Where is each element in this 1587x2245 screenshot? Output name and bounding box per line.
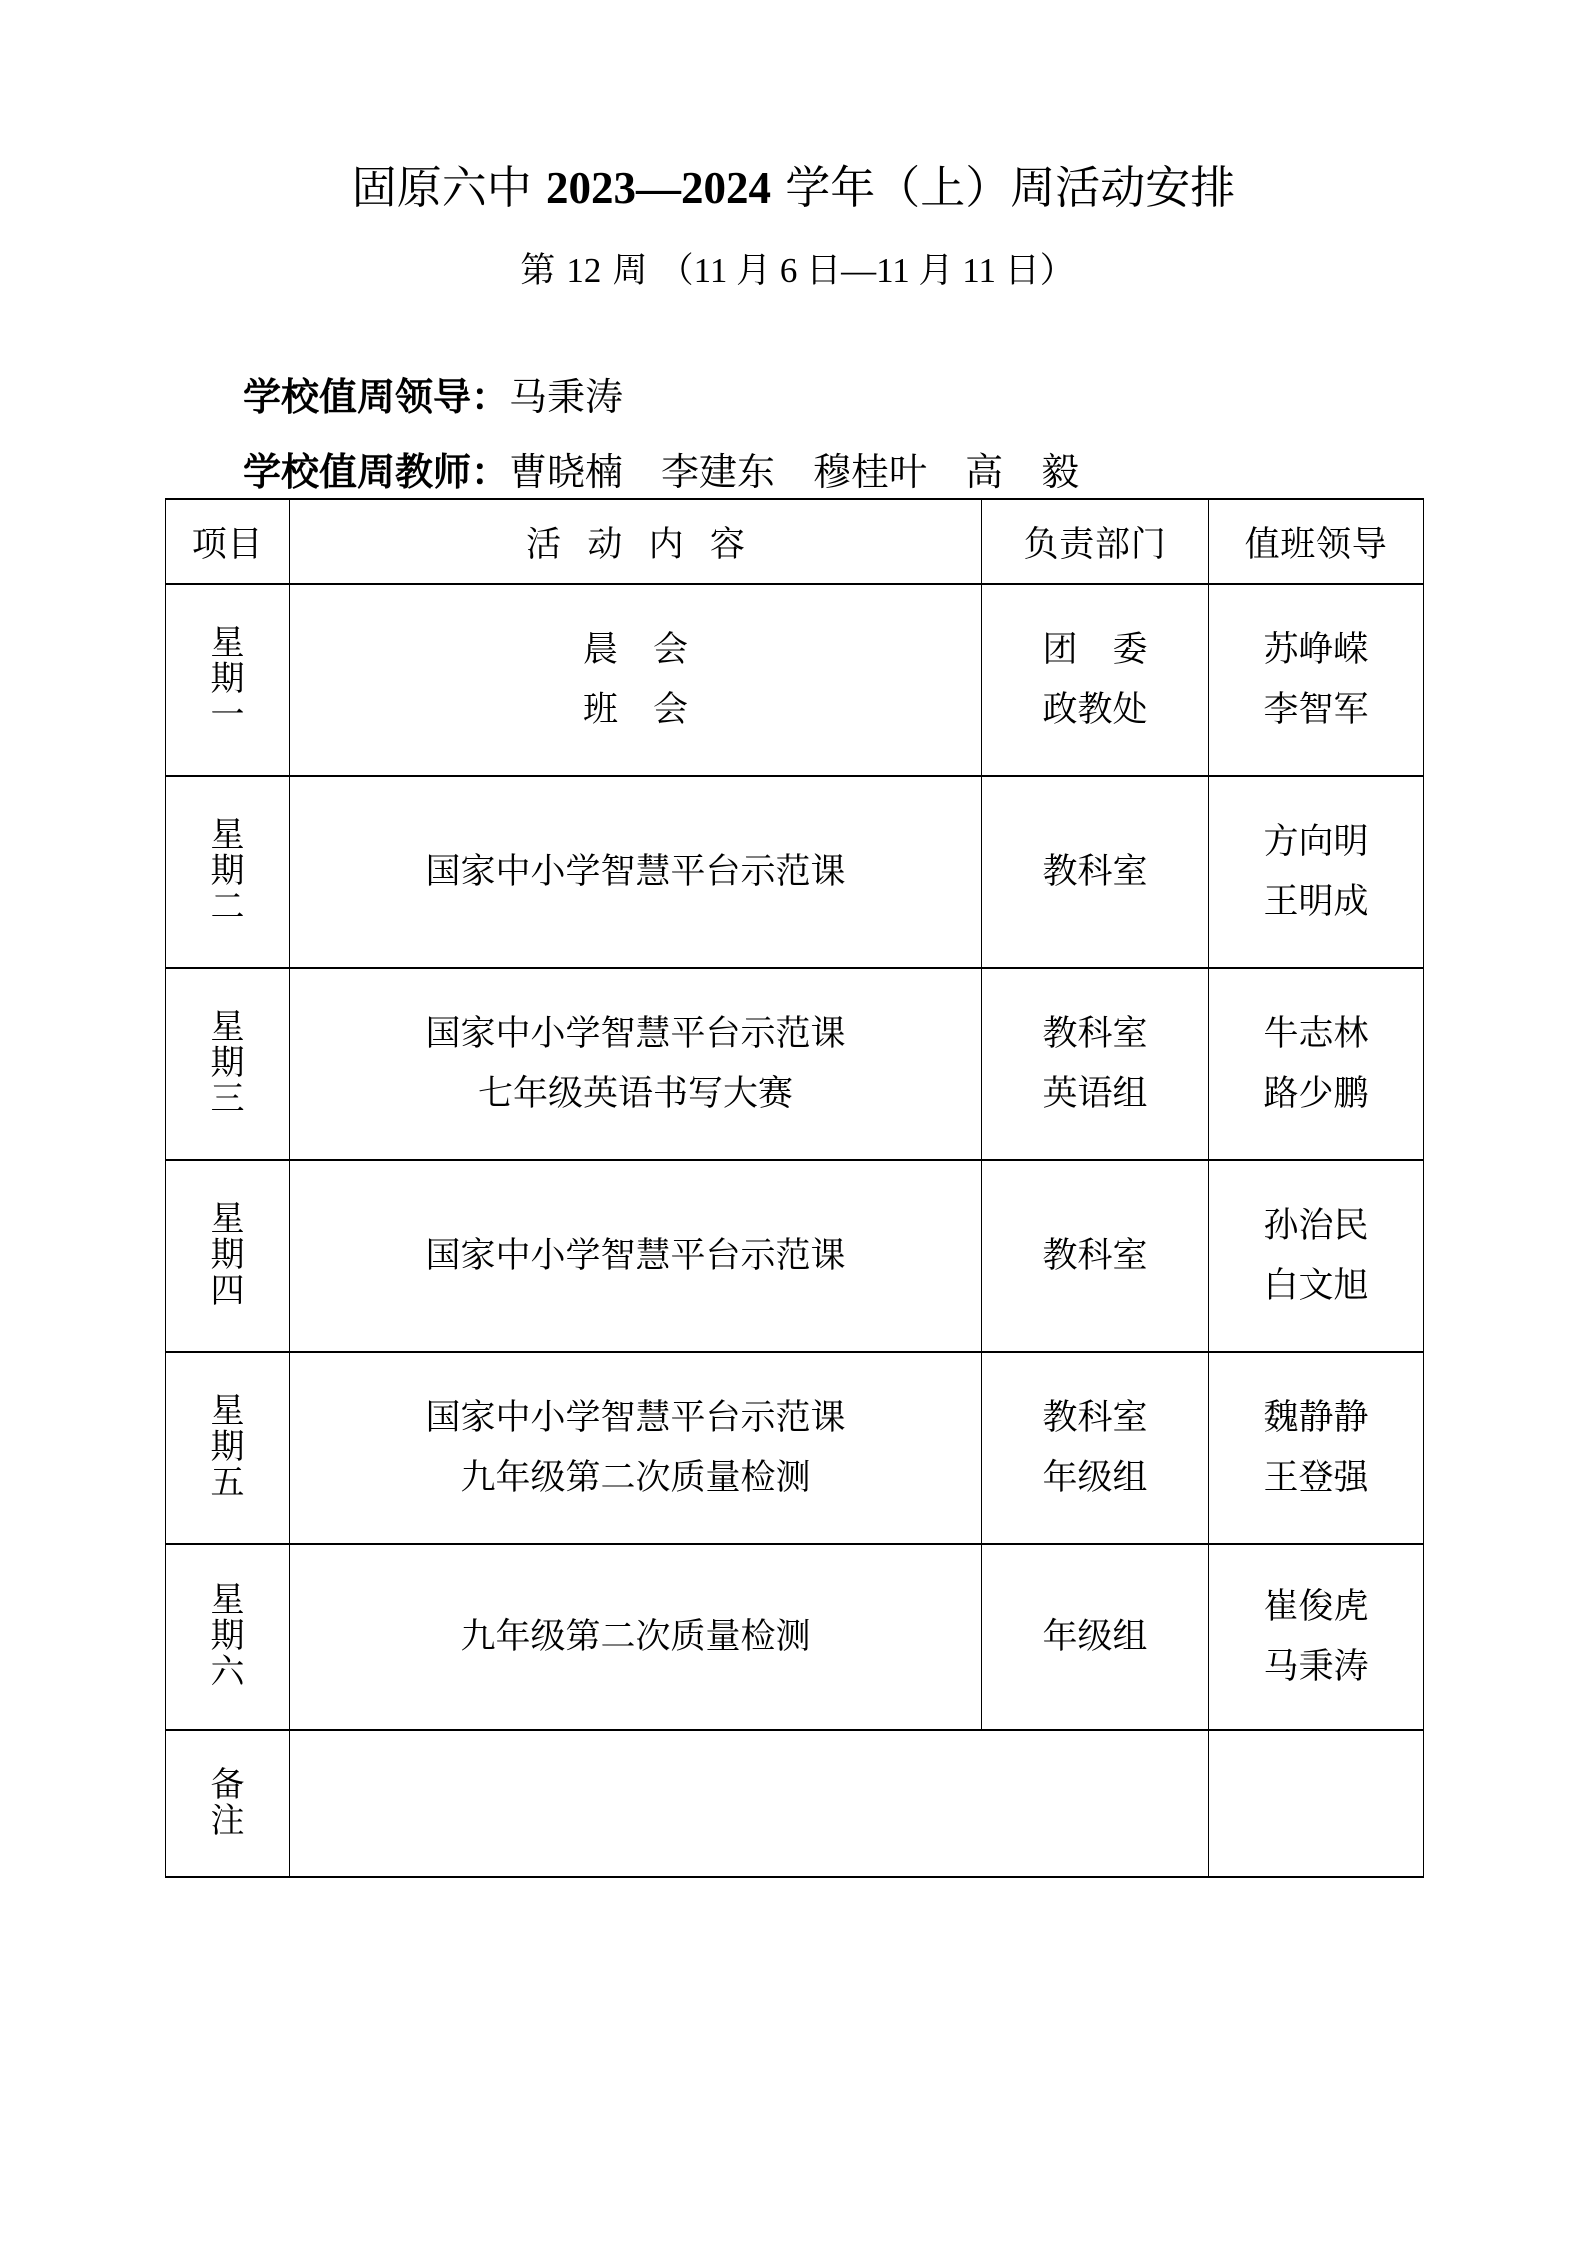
header-content: 活动内容	[290, 499, 982, 584]
leader-cell: 苏峥嵘 李智军	[1209, 584, 1424, 776]
title-prefix: 固原六中	[352, 161, 546, 214]
activity-item: 九年级第二次质量检测	[290, 1607, 981, 1667]
leader-name: 王明成	[1209, 872, 1423, 932]
activity-item: 九年级第二次质量检测	[290, 1448, 981, 1508]
department-item: 年级组	[982, 1607, 1208, 1667]
duty-teacher-line: 学校值周教师：曹晓楠李建东穆桂叶高 毅	[243, 447, 1117, 497]
activity-item: 班 会	[290, 680, 981, 740]
notes-label: 备注	[208, 1767, 248, 1839]
leader-name: 孙治民	[1209, 1196, 1423, 1256]
department-cell: 教科室	[982, 776, 1209, 968]
duty-teacher-name: 李建东	[661, 450, 775, 494]
day-cell: 星期六	[166, 1544, 290, 1730]
activity-item: 国家中小学智慧平台示范课	[290, 1226, 981, 1286]
leader-name: 苏峥嵘	[1209, 620, 1423, 680]
table-row: 星期一 晨 会 班 会 团 委 政教处 苏峥嵘 李智军	[166, 584, 1424, 776]
page-title: 固原六中 2023—2024 学年（上）周活动安排	[0, 158, 1587, 218]
duty-leader-name: 马秉涛	[509, 375, 623, 419]
day-cell: 星期二	[166, 776, 290, 968]
day-label: 星期一	[208, 625, 248, 733]
leader-name: 李智军	[1209, 680, 1423, 740]
department-item: 团 委	[982, 620, 1208, 680]
leader-name: 方向明	[1209, 812, 1423, 872]
header-department: 负责部门	[982, 499, 1209, 584]
table-header-row: 项目 活动内容 负责部门 值班领导	[166, 499, 1424, 584]
day-label: 星期四	[208, 1201, 248, 1309]
activity-cell: 九年级第二次质量检测	[290, 1544, 982, 1730]
department-cell: 教科室 年级组	[982, 1352, 1209, 1544]
activity-cell: 国家中小学智慧平台示范课 七年级英语书写大赛	[290, 968, 982, 1160]
activity-cell: 国家中小学智慧平台示范课	[290, 776, 982, 968]
activity-item: 晨 会	[290, 620, 981, 680]
table-row: 星期六 九年级第二次质量检测 年级组 崔俊虎 马秉涛	[166, 1544, 1424, 1730]
activity-item: 国家中小学智慧平台示范课	[290, 1388, 981, 1448]
title-year: 2023—2024	[546, 163, 771, 213]
leader-cell: 崔俊虎 马秉涛	[1209, 1544, 1424, 1730]
notes-content-cell	[290, 1730, 1209, 1877]
activity-item: 七年级英语书写大赛	[290, 1064, 981, 1124]
department-item: 英语组	[982, 1064, 1208, 1124]
day-cell: 星期五	[166, 1352, 290, 1544]
table-row: 星期五 国家中小学智慧平台示范课 九年级第二次质量检测 教科室 年级组 魏静静 …	[166, 1352, 1424, 1544]
department-item: 年级组	[982, 1448, 1208, 1508]
leader-name: 牛志林	[1209, 1004, 1423, 1064]
day-label: 星期三	[208, 1009, 248, 1117]
leader-cell: 孙治民 白文旭	[1209, 1160, 1424, 1352]
date-range: 11 月 6 日—11 月 11 日	[694, 251, 1040, 290]
activity-item: 国家中小学智慧平台示范课	[290, 1004, 981, 1064]
department-item: 教科室	[982, 1388, 1208, 1448]
activity-cell: 国家中小学智慧平台示范课	[290, 1160, 982, 1352]
page-subtitle: 第 12 周 （11 月 6 日—11 月 11 日）	[0, 248, 1587, 294]
header-item: 项目	[166, 499, 290, 584]
duty-teacher-name: 高 毅	[965, 450, 1079, 494]
header-leader: 值班领导	[1209, 499, 1424, 584]
activity-cell: 国家中小学智慧平台示范课 九年级第二次质量检测	[290, 1352, 982, 1544]
week-number: 12	[566, 251, 601, 290]
day-cell: 星期四	[166, 1160, 290, 1352]
header-item-label: 项目	[192, 525, 263, 565]
department-cell: 团 委 政教处	[982, 584, 1209, 776]
department-item: 教科室	[982, 842, 1208, 902]
leader-cell: 方向明 王明成	[1209, 776, 1424, 968]
leader-name: 崔俊虎	[1209, 1577, 1423, 1637]
leader-name: 白文旭	[1209, 1256, 1423, 1316]
subtitle-end: ）	[1040, 251, 1075, 291]
duty-leader-label: 学校值周领导：	[243, 374, 509, 419]
table-row: 星期二 国家中小学智慧平台示范课 教科室 方向明 王明成	[166, 776, 1424, 968]
header-leader-label: 值班领导	[1245, 525, 1388, 565]
department-item: 教科室	[982, 1226, 1208, 1286]
department-cell: 教科室 英语组	[982, 968, 1209, 1160]
notes-label-cell: 备注	[166, 1730, 290, 1877]
department-item: 政教处	[982, 680, 1208, 740]
schedule-table: 项目 活动内容 负责部门 值班领导 星期一 晨 会 班 会 团 委 政教处 苏峥…	[165, 498, 1424, 1878]
day-cell: 星期三	[166, 968, 290, 1160]
day-label: 星期六	[208, 1582, 248, 1690]
leader-name: 马秉涛	[1209, 1637, 1423, 1697]
duty-leader-line: 学校值周领导：马秉涛	[243, 372, 623, 422]
leader-cell: 牛志林 路少鹏	[1209, 968, 1424, 1160]
duty-teacher-name: 曹晓楠	[509, 450, 623, 494]
department-cell: 年级组	[982, 1544, 1209, 1730]
leader-name: 魏静静	[1209, 1388, 1423, 1448]
notes-extra-cell	[1209, 1730, 1424, 1877]
duty-teacher-name: 穆桂叶	[813, 450, 927, 494]
notes-row: 备注	[166, 1730, 1424, 1877]
activity-cell: 晨 会 班 会	[290, 584, 982, 776]
department-cell: 教科室	[982, 1160, 1209, 1352]
duty-teacher-label: 学校值周教师：	[243, 449, 509, 494]
leader-name: 王登强	[1209, 1448, 1423, 1508]
leader-cell: 魏静静 王登强	[1209, 1352, 1424, 1544]
subtitle-prefix: 第	[520, 251, 566, 291]
header-department-label: 负责部门	[1024, 525, 1167, 565]
duty-teacher-names: 曹晓楠李建东穆桂叶高 毅	[509, 450, 1117, 494]
leader-name: 路少鹏	[1209, 1064, 1423, 1124]
subtitle-mid: 周 （	[601, 251, 693, 291]
activity-item: 国家中小学智慧平台示范课	[290, 842, 981, 902]
title-suffix: 学年（上）周活动安排	[771, 161, 1235, 214]
header-content-label: 活动内容	[500, 525, 771, 565]
day-cell: 星期一	[166, 584, 290, 776]
department-item: 教科室	[982, 1004, 1208, 1064]
day-label: 星期二	[208, 817, 248, 925]
table-row: 星期四 国家中小学智慧平台示范课 教科室 孙治民 白文旭	[166, 1160, 1424, 1352]
table-row: 星期三 国家中小学智慧平台示范课 七年级英语书写大赛 教科室 英语组 牛志林 路…	[166, 968, 1424, 1160]
day-label: 星期五	[208, 1393, 248, 1501]
